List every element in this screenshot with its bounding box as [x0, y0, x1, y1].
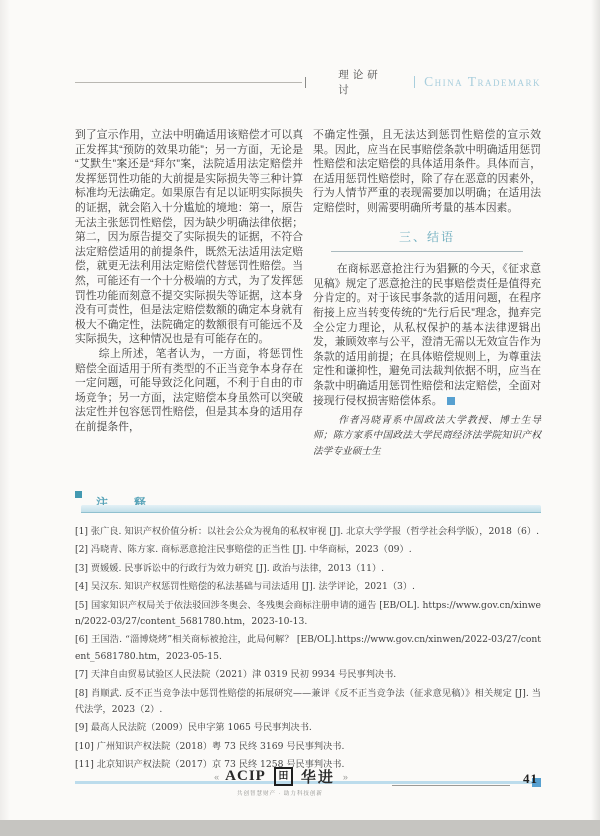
paragraph: 综上所述，笔者认为，一方面，将惩罚性赔偿全面适用于所有类型的不正当竞争本身存在一… — [75, 347, 303, 435]
note-item: [5] 国家知识产权局关于依法驳回涉冬奥会、冬残奥会商标注册申请的通告 [EB/… — [75, 598, 541, 631]
notes-list: [1] 张广良. 知识产权价值分析：以社会公众为视角的私权审视 [J]. 北京大… — [75, 524, 541, 774]
paragraph: 在商标恶意抢注行为猖獗的今天，《征求意见稿》规定了恶意抢注的民事赔偿责任是值得充… — [313, 262, 541, 408]
logo-tagline: 共创智慧财产 · 助力科技创新 — [170, 789, 390, 797]
paragraph: 到了宣示作用，立法中明确适用该赔偿才可以真正发挥其“预防的效果功能”；另一方面，… — [75, 128, 303, 347]
magazine-page: 理论研讨 China Trademark 到了宣示作用，立法中明确适用该赔偿才可… — [0, 0, 600, 836]
note-item: [1] 张广良. 知识产权价值分析：以社会公众为视角的私权审视 [J]. 北京大… — [75, 524, 541, 540]
note-item: [8] 肖顺武. 反不正当竞争法中惩罚性赔偿的拓展研究——兼评《反不正当竞争法（… — [75, 686, 541, 719]
note-item: [7] 天津自由贸易试验区人民法院（2021）津 0319 民初 9934 号民… — [75, 667, 541, 683]
page-edge-left — [0, 0, 10, 820]
notes-underline-bar — [81, 505, 541, 513]
note-item: [3] 贾媛媛. 民事诉讼中的行政行为效力研究 [J]. 政治与法律，2013（… — [75, 561, 541, 577]
notes-section: 注 释 [1] 张广良. 知识产权价值分析：以社会公众为视角的私权审视 [J].… — [75, 491, 541, 784]
note-item: [6] 王国浩. “淄博烧烤”相关商标被抢注，此局何解？ [EB/OL].htt… — [75, 632, 541, 665]
brand-divider-icon — [414, 76, 415, 88]
flourish-right-icon: » — [343, 772, 346, 782]
author-note: 作者冯晓青系中国政法大学教授、博士生导师；陈方家系中国政法大学民商经济法学院知识… — [313, 413, 541, 459]
right-column: 不确定性强，且无法达到惩罚性赔偿的宣示效果。因此，应当在民事赔偿条款中明确适用惩… — [313, 128, 541, 459]
section-label: 理论研讨 — [338, 67, 390, 97]
paragraph: 不确定性强，且无法达到惩罚性赔偿的宣示效果。因此，应当在民事赔偿条款中明确适用惩… — [313, 128, 541, 216]
notes-header: 注 释 — [75, 491, 541, 515]
page-edge-bottom — [0, 820, 600, 836]
left-column: 到了宣示作用，立法中明确适用该赔偿才可以真正发挥其“预防的效果功能”；另一方面，… — [75, 128, 303, 459]
brand-title: China Trademark — [424, 74, 541, 90]
huajin-logo-icon: 田 — [274, 767, 293, 786]
note-item: [4] 吴汉东. 知识产权惩罚性赔偿的私法基础与司法适用 [J]. 法学评论，2… — [75, 579, 541, 595]
page-header: 理论研讨 China Trademark — [75, 74, 541, 90]
conclusion-heading: 三、结语 — [331, 230, 523, 253]
conclusion-text: 在商标恶意抢注行为猖獗的今天，《征求意见稿》规定了恶意抢注的民事赔偿责任是值得充… — [313, 263, 541, 406]
header-divider-icon — [305, 77, 306, 88]
footer-rule — [392, 785, 510, 786]
header-rule — [75, 82, 302, 83]
article-body: 到了宣示作用，立法中明确适用该赔偿才可以真正发挥其“预防的效果功能”；另一方面，… — [75, 128, 541, 459]
page-number: 41 — [523, 771, 538, 787]
flourish-left-icon: « — [214, 772, 217, 782]
page-edge-right — [591, 0, 600, 820]
note-item: [10] 广州知识产权法院（2018）粤 73 民终 3169 号民事判决书. — [75, 739, 541, 755]
note-item: [2] 冯晓青、陈方家. 商标恶意抢注民事赔偿的正当性 [J]. 中华商标，20… — [75, 542, 541, 558]
end-of-article-icon — [447, 397, 455, 405]
logo-row: « ACIP 田 华进 » — [170, 766, 390, 787]
notes-bullet-icon — [75, 491, 82, 498]
logo-acip-text: ACIP — [225, 768, 266, 785]
logo-huajin-text: 华进 — [301, 766, 335, 787]
note-item: [9] 最高人民法院（2009）民申字第 1065 号民事判决书. — [75, 720, 541, 736]
publisher-logo: « ACIP 田 华进 » 共创智慧财产 · 助力科技创新 — [170, 766, 390, 797]
